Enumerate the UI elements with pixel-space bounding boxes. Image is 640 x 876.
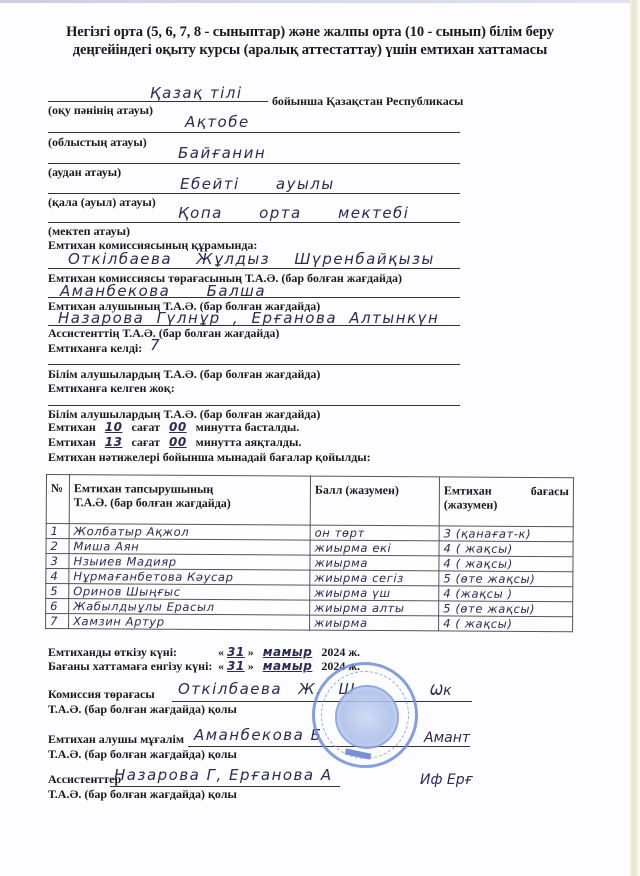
results-heading: Емтихан нәтижелері бойынша мынадай бағал…: [48, 451, 371, 464]
attended-label: Емтиханға келді:: [48, 342, 142, 355]
entry-date-day: 31: [224, 659, 248, 673]
header-grade: Емтиханбағасы (жазумен): [439, 477, 573, 527]
end-minute: 00: [163, 435, 193, 449]
cell-score: жиырма: [310, 555, 439, 571]
title-line-2: деңгейіндегі оқыту курсы (аралық аттеста…: [40, 41, 580, 59]
table-header-row: № Емтихан тапсырушының Т.А.Ә. (бар болға…: [46, 475, 573, 527]
exam-date-month: мамыр: [257, 645, 319, 659]
entry-date-label: Бағаны хаттамаға енгізу күні:: [48, 660, 212, 673]
cell-score: жиырма үш: [310, 585, 439, 601]
absent-label: Емтиханға келген жоқ:: [48, 382, 175, 395]
header-grade-w2: бағасы: [531, 484, 569, 498]
header-name-line1: Емтихан тапсырушының: [74, 481, 306, 496]
cell-score: жиырма: [310, 615, 439, 631]
cell-no: 2: [46, 539, 69, 554]
examiner-underline: [48, 297, 460, 298]
header-name: Емтихан тапсырушының Т.А.Ә. (бар болған …: [69, 475, 310, 525]
school-label: (мектеп атауы): [48, 225, 130, 238]
document-title: Негізгі орта (5, 6, 7, 8 - сыныптар) жән…: [40, 23, 580, 59]
start-suffix: минутта басталды.: [196, 420, 300, 434]
school-underline: [48, 222, 460, 223]
header-no: №: [46, 475, 69, 524]
village-label: (қала (ауыл) атауы): [48, 196, 156, 209]
cell-no: 5: [46, 584, 69, 599]
region-underline: [48, 132, 460, 133]
teacher-sign-label: Емтихан алушы мұғалім: [48, 733, 184, 746]
attended-names-label: Білім алушылардың Т.А.Ә. (бар болған жағ…: [48, 368, 320, 381]
cell-score: он төрт: [310, 525, 439, 541]
cell-grade: 5 (өте жақсы): [439, 601, 573, 617]
teacher-signature: Амант: [424, 730, 470, 746]
absent-underline: [48, 405, 460, 406]
district-underline: [48, 163, 460, 164]
exam-date: «31» мамыр 2024 ж.: [218, 646, 360, 659]
cell-name: Миша Аян: [69, 539, 310, 555]
start-time-line: Емтихан 10 сағат 00 минутта басталды.: [48, 421, 299, 434]
cell-grade: 4 ( жақсы): [439, 616, 573, 632]
header-score: Балл (жазумен): [310, 476, 439, 526]
district-value: Байғанин: [178, 144, 266, 162]
chair-signature: Ѡк: [430, 683, 452, 699]
cell-name: Жабылдыұлы Ерасыл: [69, 599, 310, 615]
teacher-sign-name: Аманбекова Б: [194, 726, 322, 744]
stamp-emblem: [335, 685, 399, 749]
end-hour: 13: [99, 435, 129, 449]
cell-grade: 3 (қанағат-к): [439, 526, 573, 542]
cell-grade: 4 ( жақсы): [439, 541, 573, 557]
end-time-line: Емтихан 13 сағат 00 минутта аяқталды.: [48, 436, 301, 449]
cell-name: Нзыиев Мадияр: [69, 554, 310, 570]
official-stamp-icon: [312, 662, 418, 768]
district-label: (аудан атауы): [48, 166, 121, 179]
chair-sign-sub: Т.А.Ә. (бар болған жағдайда) қолы: [48, 703, 237, 716]
entry-date-month: мамыр: [257, 659, 319, 673]
start-hour: 10: [99, 420, 129, 434]
cell-grade: 4 ( жақсы): [439, 556, 573, 572]
subject-label: (оқу пәнінің атауы): [48, 104, 153, 117]
assistants-label: Ассистенттің Т.А.Ә. (бар болған жағдайда…: [48, 327, 279, 340]
commission-chair-value: Откілбаева Жұлдыз Шүренбайқызы: [68, 250, 435, 268]
cell-grade: 5 (өте жақсы): [439, 571, 573, 587]
title-line-1: Негізгі орта (5, 6, 7, 8 - сыныптар) жән…: [40, 23, 580, 41]
cell-no: 1: [46, 524, 69, 539]
assistants-sign-sub: Т.А.Ә. (бар болған жағдайда) қолы: [48, 788, 237, 801]
cell-name: Жолбатыр Ақжол: [69, 524, 310, 540]
scan-right-edge: [630, 0, 640, 876]
header-name-line2: Т.А.Ә. (бар болған жағдайда): [74, 495, 306, 510]
start-mid: сағат: [131, 420, 160, 434]
village-underline: [48, 193, 460, 194]
assistants-signature: Иф Ерғ: [420, 772, 472, 788]
subject-suffix: бойынша Қазақстан Республикасы: [272, 95, 463, 108]
exam-date-year: 2024 ж.: [321, 645, 360, 659]
subject-value: Қазақ тілі: [150, 84, 243, 102]
cell-grade: 4 (жақсы ): [439, 586, 573, 602]
start-prefix: Емтихан: [48, 420, 96, 434]
results-table: № Емтихан тапсырушының Т.А.Ә. (бар болға…: [45, 474, 574, 632]
table-row: 7Хамзин Артуржиырма4 ( жақсы): [46, 614, 573, 632]
cell-no: 6: [46, 599, 69, 614]
teacher-sign-sub: Т.А.Ә. (бар болған жағдайда) қолы: [48, 748, 237, 761]
scan-top-edge: [0, 0, 630, 3]
cell-no: 3: [46, 554, 69, 569]
end-prefix: Емтихан: [48, 435, 96, 449]
cell-name: Нұрмағанбетова Кәусар: [69, 569, 310, 585]
cell-score: жиырма екі: [310, 540, 439, 556]
header-grade-line2: (жазумен): [444, 497, 569, 512]
header-grade-w1: Емтихан: [444, 483, 492, 497]
commission-chair-underline: [48, 268, 460, 269]
assistants-sign-name: Назарова Г, Ерғанова А: [114, 766, 333, 784]
cell-name: Оринов Шыңғыс: [69, 584, 310, 600]
cell-no: 7: [46, 614, 69, 629]
school-value: Қопа орта мектебі: [178, 204, 409, 222]
attended-count: 7: [150, 336, 161, 354]
chair-sign-label: Комиссия төрағасы: [48, 688, 155, 701]
cell-score: жиырма сегіз: [310, 570, 439, 586]
cell-name: Хамзин Артур: [69, 614, 310, 630]
end-suffix: минутта аяқталды.: [196, 435, 302, 449]
exam-date-day: 31: [224, 645, 248, 659]
cell-no: 4: [46, 569, 69, 584]
cell-score: жиырма алты: [310, 600, 439, 616]
subject-underline: [48, 101, 268, 102]
assistants-sign-label: Ассистенттер: [48, 773, 121, 786]
region-value: Ақтобе: [185, 113, 250, 131]
start-minute: 00: [163, 420, 193, 434]
region-label: (облыстың атауы): [48, 136, 147, 149]
end-mid: сағат: [131, 435, 160, 449]
attended-underline: [48, 364, 460, 365]
village-value: Ебейті ауылы: [180, 175, 335, 193]
exam-date-label: Емтиханды өткізу күні:: [48, 646, 177, 659]
